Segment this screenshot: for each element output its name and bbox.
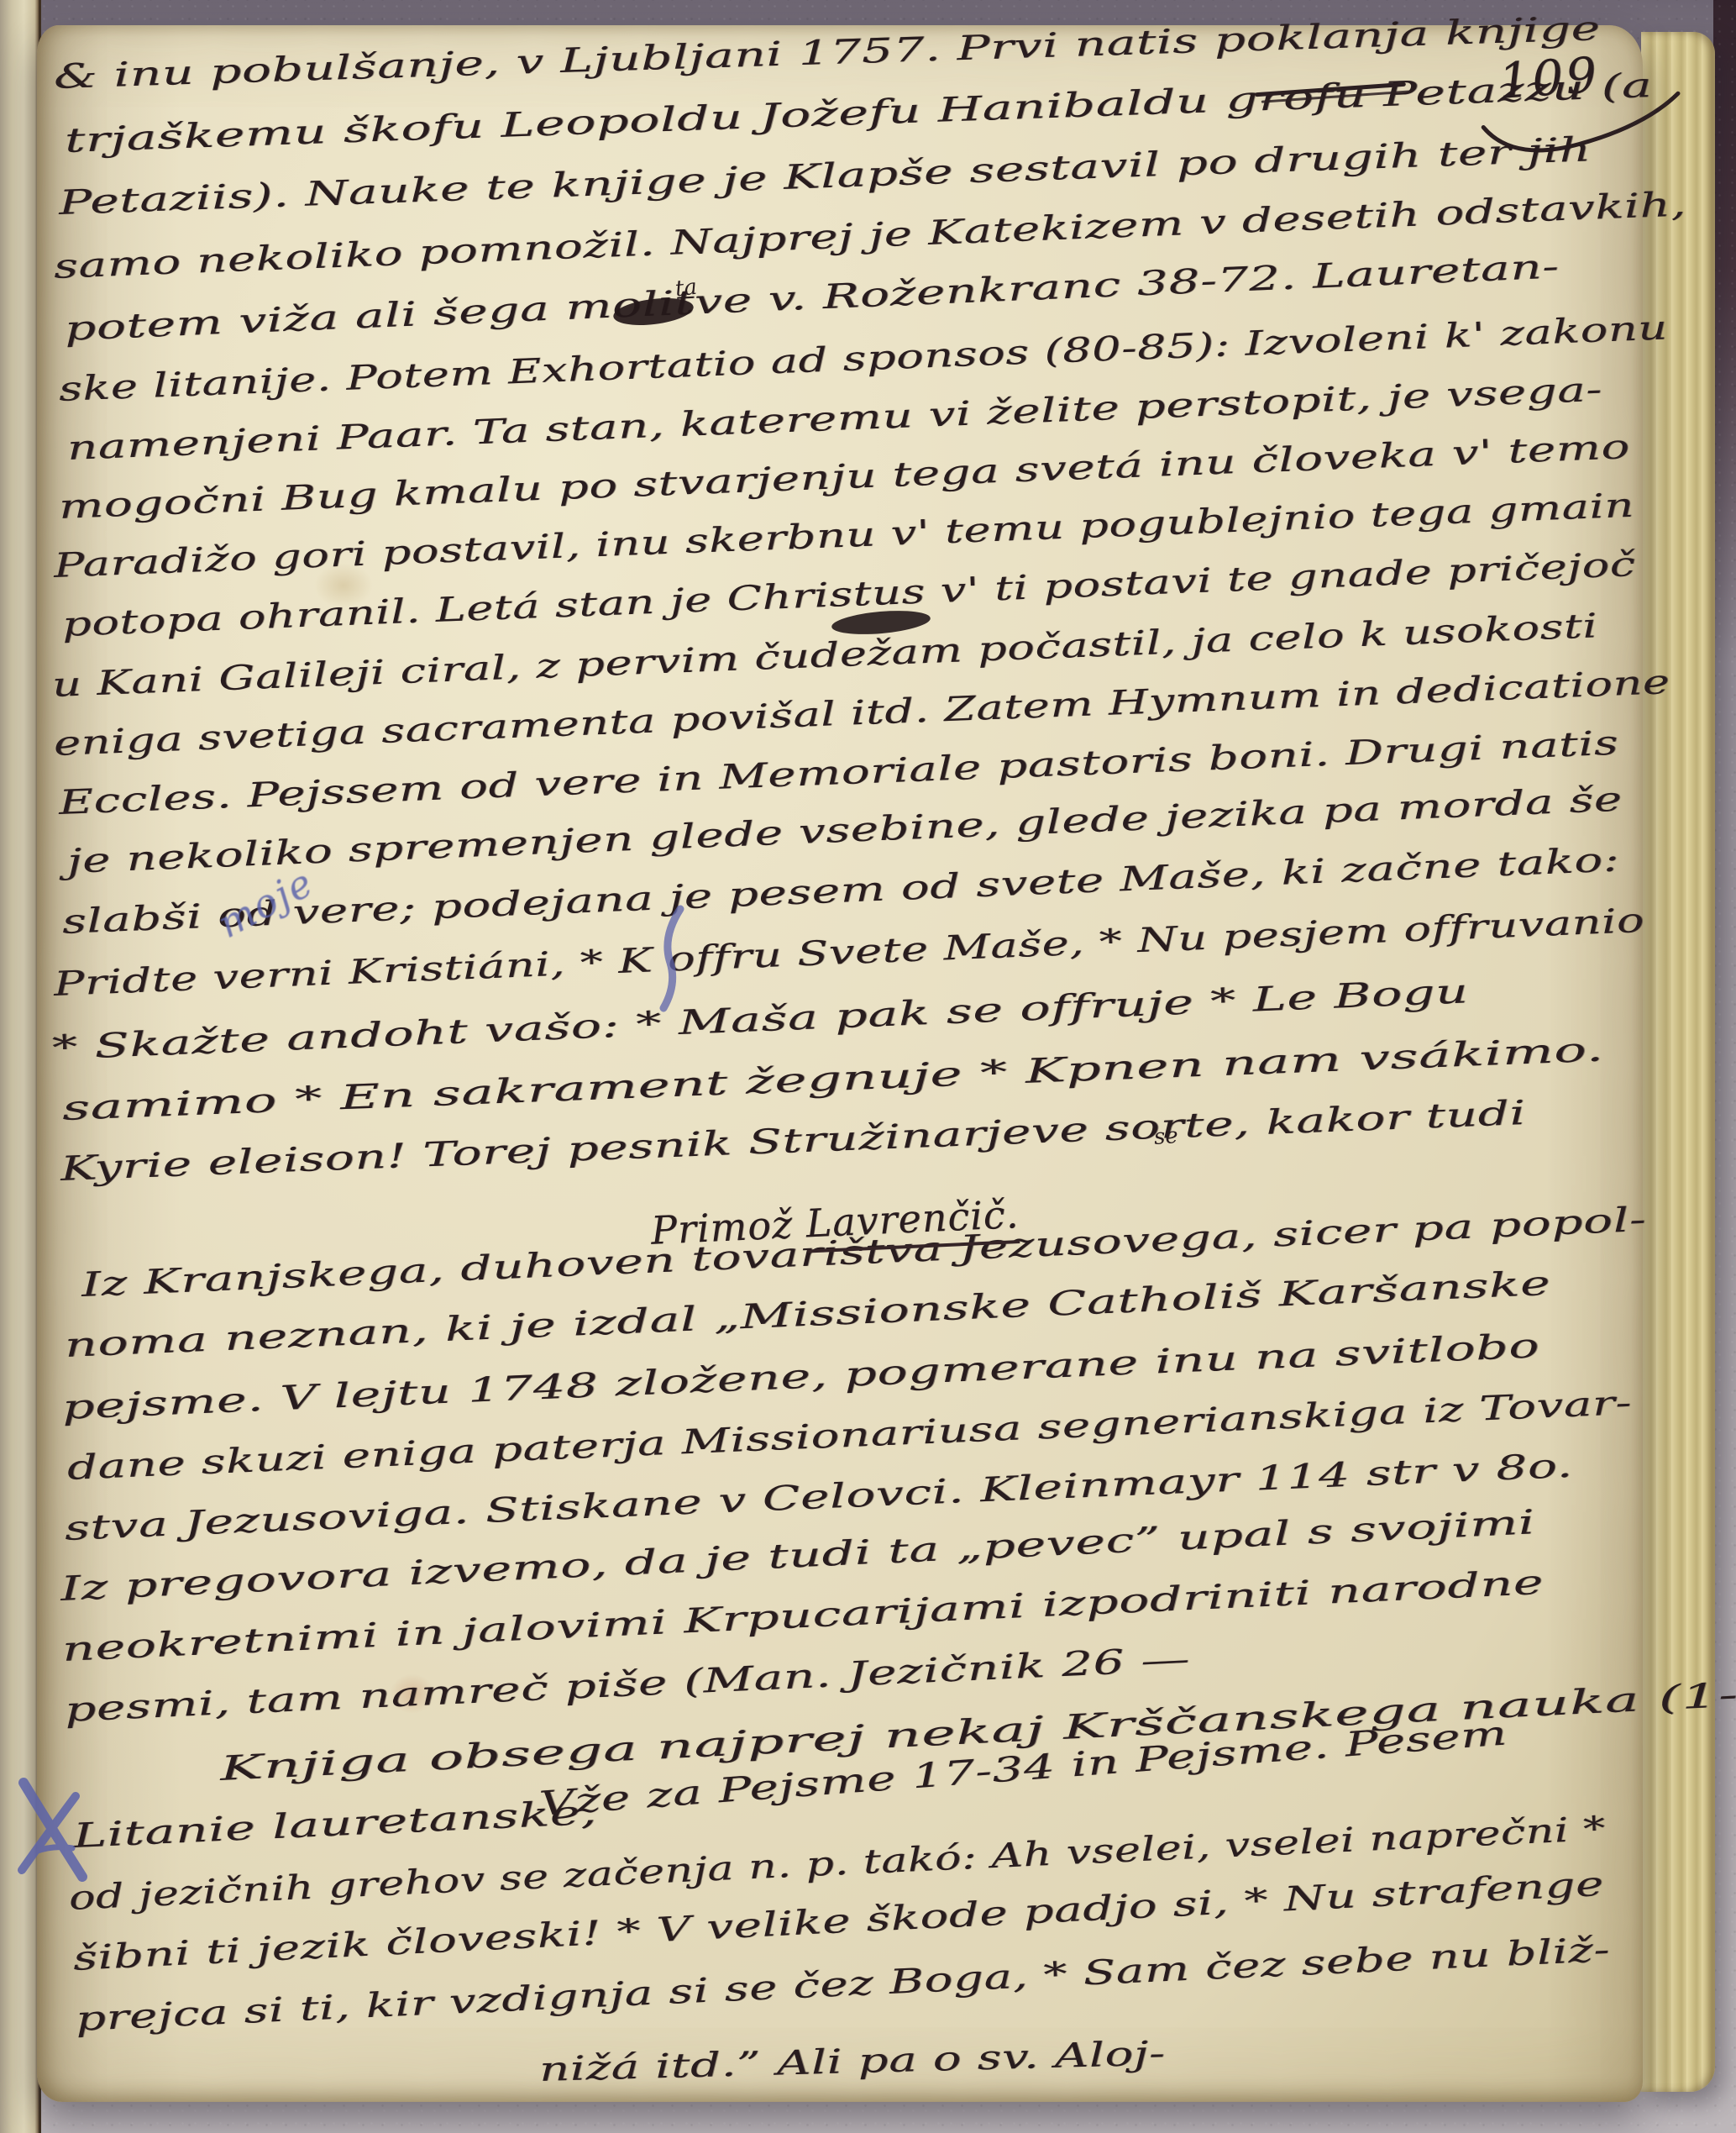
- manuscript-page: 109 & inu pobulšanje, v Ljubljani 1757. …: [37, 25, 1643, 2102]
- heading-first-name: Primož: [650, 1201, 794, 1253]
- photo-backdrop: 109 & inu pobulšanje, v Ljubljani 1757. …: [0, 0, 1736, 2133]
- blue-pencil-squiggle: [655, 904, 689, 1013]
- heading-surname: Lavrenčič.: [805, 1191, 1020, 1253]
- blue-pencil-margin-mark: [10, 1771, 102, 1889]
- book-cover-edge: [1713, 0, 1736, 664]
- handwriting-line: Litanie lauretanske,: [72, 1796, 598, 1853]
- ink-superscript: se: [1153, 1125, 1178, 1148]
- ink-superscript: ta: [674, 276, 699, 301]
- handwriting-line: nižá itd.” Ali pa o sv. Aloj-: [538, 2036, 1166, 2087]
